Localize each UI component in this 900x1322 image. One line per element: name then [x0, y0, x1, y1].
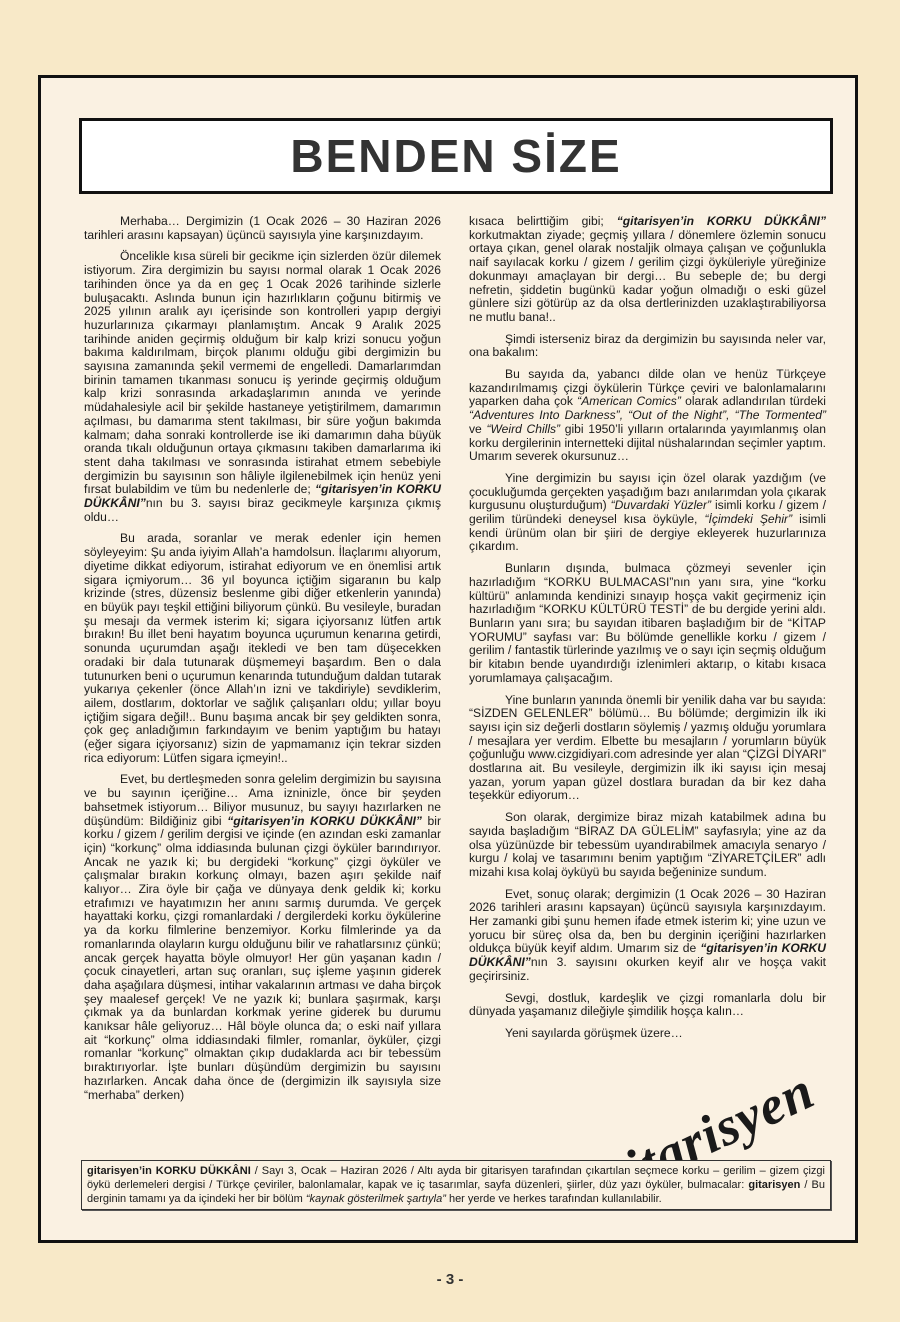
- paragraph: Evet, bu dertleşmeden sonra gelelim derg…: [84, 773, 441, 1102]
- colophon-magazine-name: gitarisyen’in KORKU DÜKKÂNI: [87, 1165, 251, 1177]
- magazine-name: “gitarisyen’in KORKU DÜKKÂNI”: [617, 214, 826, 228]
- page-number: - 3 -: [0, 1271, 900, 1288]
- paragraph: Bu sayıda da, yabancı dilde olan ve henü…: [469, 368, 826, 464]
- paragraph: Bunların dışında, bulmaca çözmeyi sevenl…: [469, 562, 826, 685]
- paragraph: Son olarak, dergimize biraz mizah katabi…: [469, 811, 826, 880]
- article-body: Merhaba… Dergimizin (1 Ocak 2026 – 30 Ha…: [84, 215, 826, 1110]
- paragraph: Sevgi, dostluk, kardeşlik ve çizgi roman…: [469, 992, 826, 1019]
- paragraph: Evet, sonuç olarak; dergimizin (1 Ocak 2…: [469, 888, 826, 984]
- page-frame: BENDEN SİZE Merhaba… Dergimizin (1 Ocak …: [38, 75, 858, 1243]
- magazine-name: “gitarisyen’in KORKU DÜKKÂNI”: [227, 814, 422, 828]
- paragraph: Merhaba… Dergimizin (1 Ocak 2026 – 30 Ha…: [84, 215, 441, 242]
- right-column: kısaca belirttiğim gibi; “gitarisyen’in …: [469, 215, 826, 1110]
- left-column: Merhaba… Dergimizin (1 Ocak 2026 – 30 Ha…: [84, 215, 441, 1110]
- colophon-box: gitarisyen’in KORKU DÜKKÂNI / Sayı 3, Oc…: [81, 1160, 831, 1210]
- colophon-author: gitarisyen: [748, 1179, 800, 1191]
- paragraph: Bu arada, soranlar ve merak edenler için…: [84, 532, 441, 765]
- paragraph: Yeni sayılarda görüşmek üzere…: [469, 1027, 826, 1041]
- paragraph: kısaca belirttiğim gibi; “gitarisyen’in …: [469, 215, 826, 325]
- title-box: BENDEN SİZE: [79, 118, 833, 194]
- paragraph: Şimdi isterseniz biraz da dergimizin bu …: [469, 333, 826, 360]
- paragraph: Yine dergimizin bu sayısı için özel olar…: [469, 472, 826, 554]
- paragraph: Öncelikle kısa süreli bir gecikme için s…: [84, 250, 441, 524]
- page-title: BENDEN SİZE: [290, 129, 621, 183]
- paragraph: Yine bunların yanında önemli bir yenilik…: [469, 694, 826, 804]
